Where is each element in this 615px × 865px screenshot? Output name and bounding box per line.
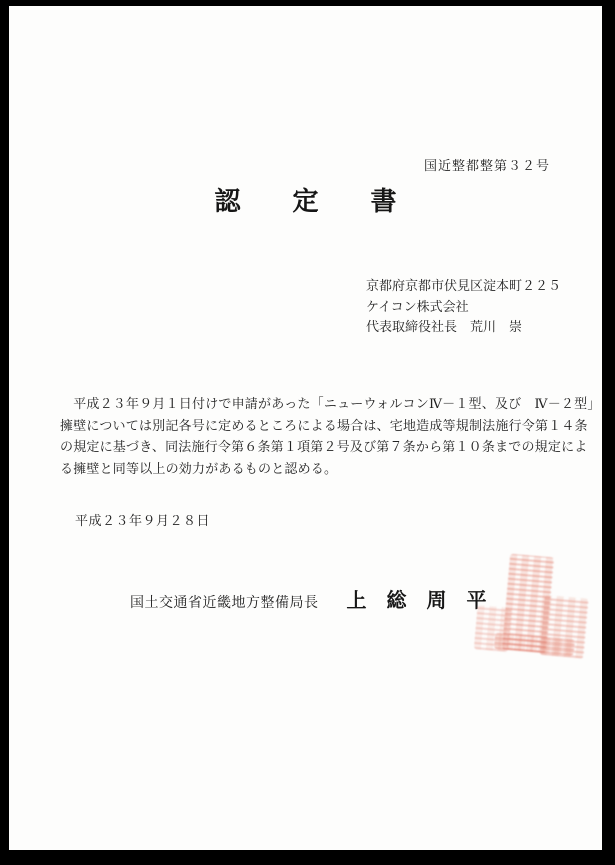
seal-texture — [540, 595, 589, 659]
signature-row: 国土交通省近畿地方整備局長 上 総 周 平 — [130, 584, 487, 613]
signer-name: 上 総 周 平 — [347, 584, 487, 613]
recipient-representative: 代表取締役社長 荒川 崇 — [366, 317, 561, 338]
recipient-company: ケイコン株式会社 — [366, 297, 561, 318]
body-line: 擁壁については別記各号に定めるところによる場合は、宅地造成等規制法施行令第１４条 — [60, 415, 572, 437]
page-title: 認 定 書 — [9, 181, 602, 218]
issue-date: 平成２３年９月２８日 — [75, 510, 210, 529]
body-line: 平成２３年９月１日付けで申請があった「ニューウォルコンⅣ－１型、及び Ⅳ－２型」 — [60, 393, 572, 415]
certificate-body: 平成２３年９月１日付けで申請があった「ニューウォルコンⅣ－１型、及び Ⅳ－２型」… — [60, 393, 572, 479]
official-red-seal-icon — [474, 547, 595, 660]
certificate-page: 国近整都整第３２号 認 定 書 京都府京都市伏見区淀本町２２５ ケイコン株式会社… — [9, 6, 602, 850]
body-line: る擁壁と同等以上の効力があるものと認める。 — [60, 458, 572, 480]
document-number: 国近整都整第３２号 — [424, 155, 550, 174]
seal-texture — [494, 633, 575, 656]
recipient-block: 京都府京都市伏見区淀本町２２５ ケイコン株式会社 代表取締役社長 荒川 崇 — [366, 276, 561, 338]
body-line: の規定に基づき、同法施行令第６条第１項第２号及び第７条から第１０条までの規定によ — [60, 436, 572, 458]
seal-texture — [502, 554, 554, 653]
recipient-address: 京都府京都市伏見区淀本町２２５ — [366, 276, 561, 297]
signer-title: 国土交通省近畿地方整備局長 — [130, 592, 319, 612]
scanned-document: 国近整都整第３２号 認 定 書 京都府京都市伏見区淀本町２２５ ケイコン株式会社… — [0, 0, 615, 865]
